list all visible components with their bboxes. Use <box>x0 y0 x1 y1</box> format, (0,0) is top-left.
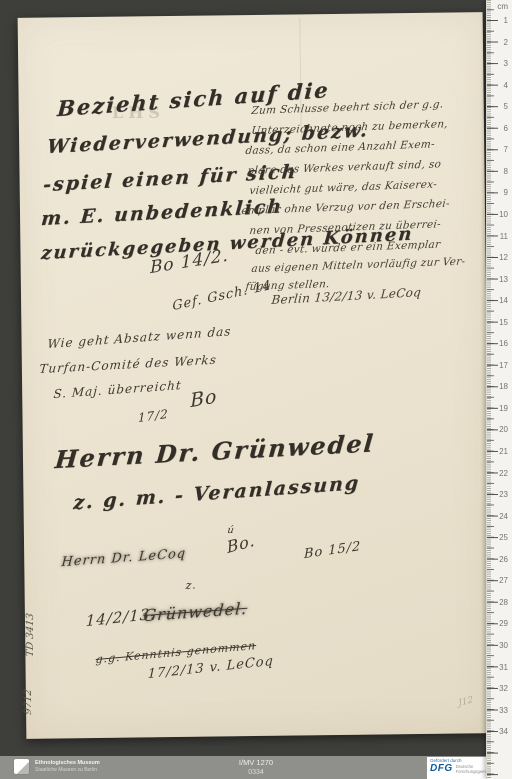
annotation-query-2: Turfan-Comité des Werks <box>39 354 217 375</box>
margin-number-1: TD 3413 <box>26 613 36 658</box>
ruler-number: 34 <box>499 727 508 736</box>
ruler-number: 14 <box>499 296 508 305</box>
letter-line-9: aus eigenen Mitteln vorläufig zur Ver- <box>251 257 466 275</box>
ruler-number: 2 <box>504 38 508 47</box>
ruler-number: 30 <box>499 641 508 650</box>
forward-line-2: z. <box>185 579 197 591</box>
ruler-number: 26 <box>499 555 508 564</box>
signature-gruenwedel: Grünwedel. <box>143 601 248 624</box>
ruler-number: 21 <box>499 447 508 456</box>
annotation-query-3: S. Maj. überreicht <box>53 379 182 400</box>
ruler-number: 15 <box>499 318 508 327</box>
annotation-paraph-2: Bo <box>190 387 218 411</box>
ruler-number: 20 <box>499 425 508 434</box>
dfg-funding-box: Gefördert durch DFG Deutsche Forschungsg… <box>427 757 493 779</box>
ruler-number: 10 <box>499 210 508 219</box>
scan-viewer: LHS Bezieht sich auf dieWiederverwendung… <box>0 0 512 779</box>
ruler-number: 5 <box>504 102 508 111</box>
ruler-number: 8 <box>504 167 508 176</box>
ruler-number: 17 <box>499 361 508 370</box>
annotation-gsch: Gef. Gsch. 14 <box>172 279 272 313</box>
ruler-number: 24 <box>499 512 508 521</box>
dfg-logo: DFG <box>430 763 453 774</box>
annotation-query-1: Wie geht Absatz wenn das <box>47 325 232 350</box>
ruler-number: 31 <box>499 663 508 672</box>
ruler-number: 1 <box>504 16 508 25</box>
ruler-number: 12 <box>499 253 508 262</box>
ruler-number: 23 <box>499 490 508 499</box>
ruler-number: 29 <box>499 619 508 628</box>
ruler-number: 9 <box>504 188 508 197</box>
margin-number-2: 9712 <box>24 689 34 716</box>
ruler-number: 25 <box>499 533 508 542</box>
ruler-unit-label: cm <box>497 2 508 11</box>
ruler-number: 3 <box>504 59 508 68</box>
ruler-number: 33 <box>499 706 508 715</box>
ruler-number: 18 <box>499 382 508 391</box>
annotation-paraph-4: Bo 15/2 <box>304 540 361 561</box>
ruler-number: 19 <box>499 404 508 413</box>
ruler-number: 7 <box>504 145 508 154</box>
forward-line-1: Herrn Dr. LeCoq <box>61 547 186 569</box>
ruler-number: 4 <box>504 81 508 90</box>
margin-mark: J12 <box>458 696 474 709</box>
ruler-number: 27 <box>499 576 508 585</box>
ruler-number: 16 <box>499 339 508 348</box>
ruler: cm 1234567891011121314151617181920212223… <box>486 0 512 779</box>
ruler-number: 11 <box>500 232 508 241</box>
ruler-number: 13 <box>499 275 508 284</box>
ruler-number: 28 <box>499 598 508 607</box>
annotation-date-1: 17/2 <box>138 408 169 424</box>
address-line-1: Herrn Dr. Grünwedel <box>54 431 376 472</box>
ruler-number: 6 <box>504 124 508 133</box>
annotation-paraph-3: Bo. <box>226 532 256 556</box>
ruler-number: 32 <box>499 684 508 693</box>
archive-footer-bar: Ethnologisches Museum Staatliche Museen … <box>0 756 512 779</box>
ruler-number: 22 <box>499 469 508 478</box>
handwriting-layer: Bezieht sich auf dieWiederverwendung; be… <box>0 0 512 779</box>
address-line-2: z. g. m. - Veranlassung <box>73 474 361 513</box>
